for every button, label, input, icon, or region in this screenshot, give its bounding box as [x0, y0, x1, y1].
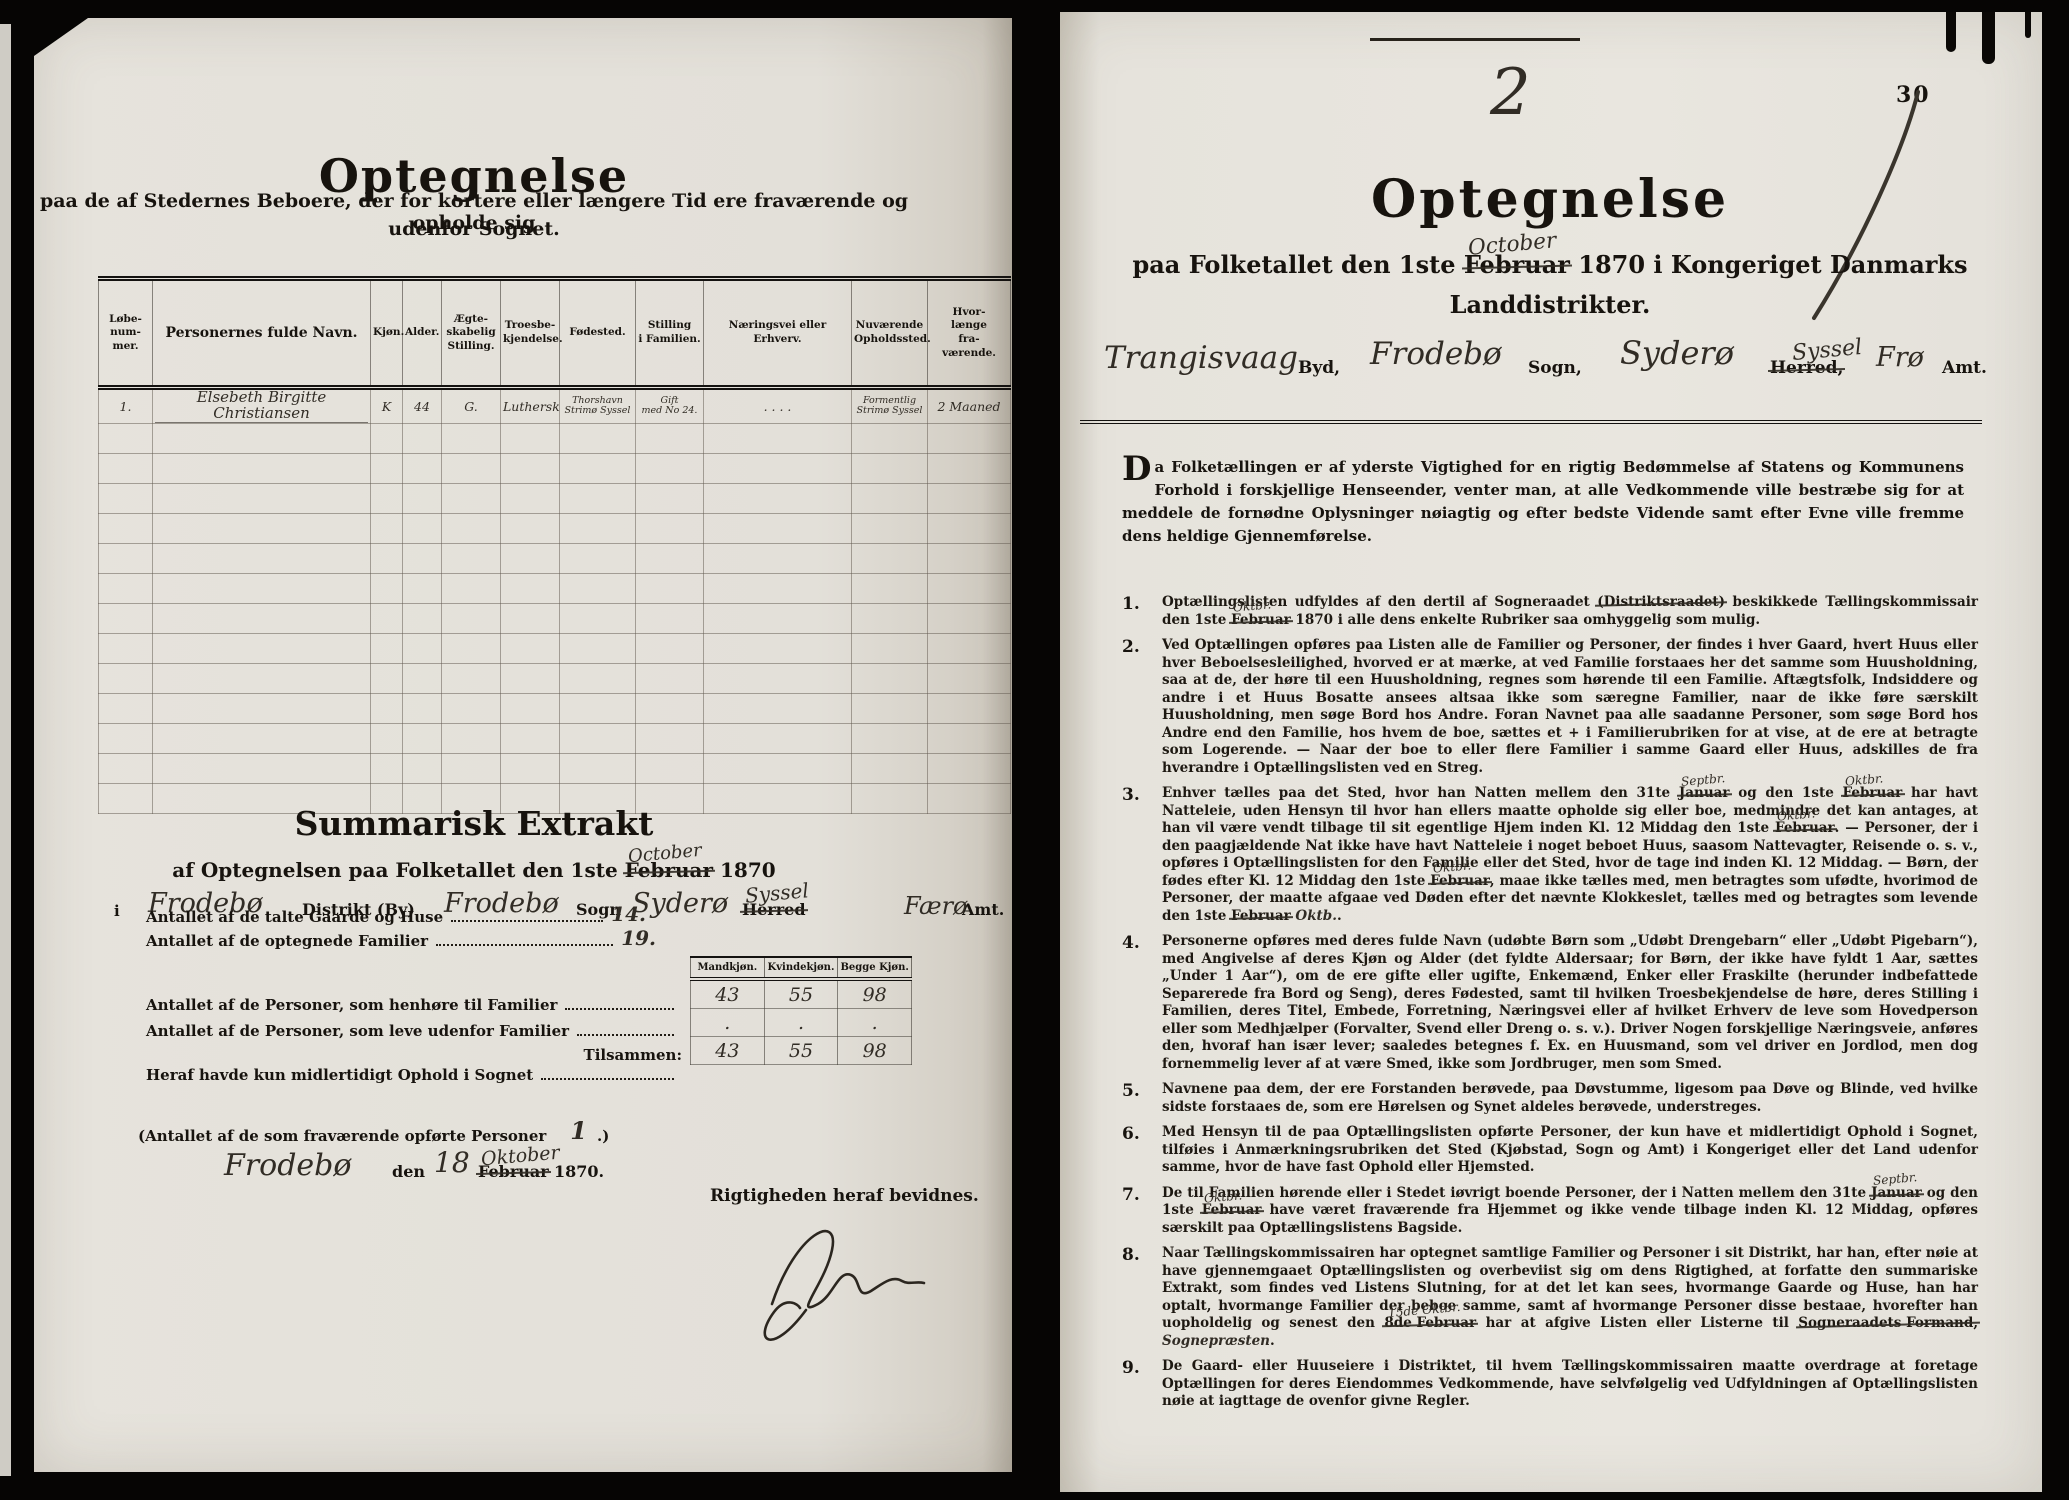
handwritten-correction: Oktbr. — [1777, 805, 1817, 826]
entry-row: 1.Elsebeth Birgitte ChristiansenK44G.Lut… — [99, 388, 1011, 424]
empty-cell — [371, 543, 403, 573]
empty-cell — [153, 693, 371, 723]
empty-cell — [852, 513, 928, 543]
entry-cell: 1. — [99, 388, 153, 424]
empty-cell — [704, 603, 852, 633]
empty-cell — [99, 753, 153, 783]
empty-cell — [852, 543, 928, 573]
instruction-number: 8. — [1122, 1245, 1162, 1350]
empty-cell — [852, 573, 928, 603]
empty-cell — [99, 633, 153, 663]
empty-cell — [403, 663, 442, 693]
corrected-text: FebruarOctober — [1464, 250, 1570, 279]
empty-cell — [501, 663, 560, 693]
empty-cell — [928, 723, 1011, 753]
sum-cell: 43 — [691, 1037, 765, 1065]
empty-cell — [928, 543, 1011, 573]
empty-cell — [928, 513, 1011, 543]
handwritten-correction: Oktb. — [1291, 908, 1337, 924]
column-header: Løbe- num- mer. — [99, 279, 153, 388]
empty-cell — [153, 633, 371, 663]
empty-cell — [442, 723, 501, 753]
empty-cell — [371, 723, 403, 753]
empty-cell — [371, 573, 403, 603]
bygd-label: Byd, — [1298, 358, 1340, 378]
summary-grid: Mandkjøn. Kvindekjøn. Begge Kjøn. 43 55 … — [690, 956, 912, 1065]
gaarde-value: 14. — [611, 902, 646, 926]
ink-drip — [1946, 12, 1956, 52]
empty-cell — [99, 573, 153, 603]
empty-cell — [704, 483, 852, 513]
instruction-text: De til Familien hørende eller i Stedet i… — [1162, 1185, 1978, 1238]
struck-text: Sogneraadets Formand, — [1798, 1315, 1978, 1333]
attestation-text: Rigtigheden heraf bevidnes. — [710, 1186, 979, 1206]
empty-cell — [704, 663, 852, 693]
empty-cell — [99, 723, 153, 753]
dot-leader — [565, 1007, 674, 1010]
empty-cell — [153, 603, 371, 633]
bygd-handwritten: Trangisvaag — [1104, 340, 1298, 376]
empty-row — [99, 603, 1011, 633]
intro-paragraph: Da Folketællingen er af yderste Vigtighe… — [1122, 456, 1964, 548]
empty-cell — [704, 723, 852, 753]
empty-cell — [99, 603, 153, 633]
dot-leader — [541, 1077, 674, 1080]
empty-cell — [560, 633, 636, 663]
sum-cell: 55 — [764, 1037, 838, 1065]
empty-cell — [560, 603, 636, 633]
instruction-text: Naar Tællingskommissairen har optegnet s… — [1162, 1245, 1978, 1350]
instruction-text: De Gaard- eller Huuseiere i Distriktet, … — [1162, 1358, 1978, 1411]
empty-cell — [852, 663, 928, 693]
empty-cell — [403, 423, 442, 453]
empty-cell — [560, 723, 636, 753]
sum-cell: . — [838, 1009, 912, 1037]
handwritten-correction: Oktbr. — [1203, 1187, 1243, 1208]
empty-cell — [442, 423, 501, 453]
empty-cell — [636, 753, 704, 783]
empty-cell — [560, 513, 636, 543]
empty-cell — [501, 543, 560, 573]
empty-row — [99, 453, 1011, 483]
empty-cell — [704, 573, 852, 603]
empty-cell — [852, 423, 928, 453]
amt-label: Amt. — [1942, 358, 1987, 378]
empty-row — [99, 483, 1011, 513]
empty-cell — [99, 423, 153, 453]
extract-subtitle: af Optegnelsen paa Folketallet den 1ste … — [34, 858, 914, 882]
corrected-text: FebruarOctober — [625, 858, 713, 882]
familier-line: Antallet af de optegnede Familier 19. — [146, 926, 656, 950]
empty-cell — [560, 543, 636, 573]
empty-cell — [636, 513, 704, 543]
handwritten-page-number: 2 — [1490, 56, 1531, 130]
empty-cell — [442, 693, 501, 723]
empty-cell — [704, 693, 852, 723]
empty-cell — [371, 603, 403, 633]
empty-cell — [636, 723, 704, 753]
sum-row-families: 43 55 98 — [691, 979, 912, 1009]
absence-table-body: 1.Elsebeth Birgitte ChristiansenK44G.Lut… — [99, 388, 1011, 814]
column-header: Fødested. — [560, 279, 636, 388]
empty-cell — [371, 483, 403, 513]
entry-cell: K — [371, 388, 403, 424]
empty-cell — [442, 663, 501, 693]
empty-cell — [636, 573, 704, 603]
entry-cell: Luthersk — [501, 388, 560, 424]
row-total-label: Tilsammen: — [568, 1046, 682, 1064]
amt-handwritten: Frø — [1876, 342, 1924, 373]
instructions-list: 1.Optællingslisten udfyldes af den derti… — [1122, 594, 1978, 1419]
empty-cell — [442, 753, 501, 783]
empty-cell — [153, 543, 371, 573]
empty-cell — [153, 513, 371, 543]
sogn-label: Sogn, — [1528, 358, 1582, 378]
empty-cell — [371, 453, 403, 483]
absence-table: Løbe- num- mer.Personernes fulde Navn.Kj… — [98, 276, 1011, 814]
sogn-handwritten: Frodebø — [1370, 336, 1502, 372]
corrected-text: FebruarOktbr. — [1231, 612, 1291, 630]
empty-cell — [560, 663, 636, 693]
sum-row-outside: . . . — [691, 1009, 912, 1037]
divider-rule — [1080, 420, 1982, 424]
empty-cell — [636, 453, 704, 483]
empty-row — [99, 693, 1011, 723]
scanned-census-document: Optegnelse paa de af Stedernes Beboere, … — [0, 0, 2069, 1500]
empty-cell — [928, 423, 1011, 453]
empty-cell — [501, 453, 560, 483]
empty-cell — [852, 603, 928, 633]
entry-cell: . . . . — [704, 388, 852, 424]
empty-cell — [403, 633, 442, 663]
empty-cell — [442, 603, 501, 633]
empty-cell — [403, 573, 442, 603]
empty-cell — [928, 753, 1011, 783]
row-outside-label: Antallet af de Personer, som leve udenfo… — [146, 1022, 569, 1040]
empty-cell — [560, 693, 636, 723]
empty-cell — [560, 753, 636, 783]
empty-cell — [928, 603, 1011, 633]
empty-cell — [153, 573, 371, 603]
column-header: Stilling i Familien. — [636, 279, 704, 388]
empty-cell — [704, 543, 852, 573]
empty-cell — [153, 453, 371, 483]
handwritten-correction: Syssel — [1791, 335, 1863, 366]
left-subtitle-line2: udenfor Sognet. — [34, 218, 914, 240]
empty-cell — [928, 453, 1011, 483]
empty-cell — [560, 453, 636, 483]
empty-cell — [852, 723, 928, 753]
struck-text: Februar — [1231, 908, 1291, 926]
empty-cell — [928, 693, 1011, 723]
entry-cell: 44 — [403, 388, 442, 424]
empty-row — [99, 723, 1011, 753]
sum-cell: . — [764, 1009, 838, 1037]
corrected-text: FebruarOktbr. — [1430, 873, 1490, 891]
empty-cell — [852, 633, 928, 663]
empty-cell — [442, 573, 501, 603]
empty-cell — [501, 723, 560, 753]
empty-cell — [442, 633, 501, 663]
empty-row — [99, 633, 1011, 663]
instruction-item: 2.Ved Optællingen opføres paa Listen all… — [1122, 637, 1978, 777]
empty-cell — [928, 633, 1011, 663]
empty-cell — [371, 423, 403, 453]
empty-cell — [928, 783, 1011, 813]
entry-cell: Gift med No 24. — [636, 388, 704, 424]
instruction-number: 6. — [1122, 1124, 1162, 1177]
familier-label: Antallet af de optegnede Familier — [146, 932, 428, 950]
instruction-item: 7.De til Familien hørende eller i Stedet… — [1122, 1185, 1978, 1238]
empty-cell — [852, 453, 928, 483]
absence-table-header-row: Løbe- num- mer.Personernes fulde Navn.Kj… — [99, 279, 1011, 388]
empty-cell — [636, 483, 704, 513]
dot-leader — [436, 943, 613, 946]
sum-cell: . — [691, 1009, 765, 1037]
empty-cell — [704, 453, 852, 483]
empty-cell — [403, 483, 442, 513]
signature — [734, 1204, 964, 1344]
entry-cell: Formentlig Strimø Syssel — [852, 388, 928, 424]
instruction-text: Navnene paa dem, der ere Forstanden berø… — [1162, 1081, 1978, 1116]
empty-cell — [501, 633, 560, 663]
herred-label-corrected: Herred, Syssel — [1770, 358, 1843, 378]
instruction-item: 1.Optællingslisten udfyldes af den derti… — [1122, 594, 1978, 629]
empty-row — [99, 543, 1011, 573]
instruction-text: Personerne opføres med deres fulde Navn … — [1162, 933, 1978, 1073]
empty-cell — [501, 423, 560, 453]
gaarde-label: Antallet af de talte Gaarde og Huse — [146, 908, 443, 926]
corrected-text: JanuarSeptbr. — [1871, 1185, 1922, 1203]
right-page-title: Optegnelse — [1120, 169, 1980, 230]
empty-cell — [852, 483, 928, 513]
instruction-item: 3.Enhver tælles paa det Sted, hvor han N… — [1122, 785, 1978, 925]
sum-header-mand: Mandkjøn. — [691, 957, 765, 979]
empty-row — [99, 423, 1011, 453]
instruction-item: 5.Navnene paa dem, der ere Forstanden be… — [1122, 1081, 1978, 1116]
instruction-text: Optællingslisten udfyldes af den dertil … — [1162, 594, 1978, 629]
empty-cell — [852, 753, 928, 783]
instruction-item: 8.Naar Tællingskommissairen har optegnet… — [1122, 1245, 1978, 1350]
empty-cell — [99, 483, 153, 513]
sum-cell: 43 — [691, 979, 765, 1009]
empty-cell — [704, 753, 852, 783]
herred-handwritten: Syderø — [1620, 334, 1734, 372]
right-subtitle-line2: Landdistrikter. — [1120, 290, 1980, 319]
empty-cell — [403, 603, 442, 633]
column-header: Hvor- længe fra- værende. — [928, 279, 1011, 388]
empty-cell — [99, 693, 153, 723]
empty-cell — [501, 483, 560, 513]
empty-cell — [636, 423, 704, 453]
empty-cell — [403, 543, 442, 573]
instruction-number: 3. — [1122, 785, 1162, 925]
empty-cell — [153, 663, 371, 693]
dot-leader — [577, 1033, 674, 1036]
heraf-line: Heraf havde kun midlertidigt Ophold i So… — [146, 1066, 682, 1084]
empty-row — [99, 513, 1011, 543]
empty-cell — [442, 483, 501, 513]
gaarde-line: Antallet af de talte Gaarde og Huse 14. — [146, 902, 646, 926]
entry-cell: Thorshavn Strimø Syssel — [560, 388, 636, 424]
empty-cell — [560, 573, 636, 603]
date-year: 1870. — [554, 1162, 604, 1181]
sum-cell: 55 — [764, 979, 838, 1009]
empty-cell — [501, 603, 560, 633]
instruction-text: Enhver tælles paa det Sted, hvor han Nat… — [1162, 785, 1978, 925]
column-header: Kjøn. — [371, 279, 403, 388]
empty-row — [99, 753, 1011, 783]
empty-cell — [442, 453, 501, 483]
empty-cell — [704, 513, 852, 543]
column-header: Ægte- skabelig Stilling. — [442, 279, 501, 388]
empty-cell — [636, 633, 704, 663]
district-prep: i — [114, 902, 120, 920]
corrected-text: JanuarSeptbr. — [1679, 785, 1730, 803]
instruction-item: 9.De Gaard- eller Huuseiere i Distriktet… — [1122, 1358, 1978, 1411]
bottom-rule — [1370, 38, 1580, 41]
empty-cell — [928, 573, 1011, 603]
empty-cell — [403, 753, 442, 783]
empty-cell — [501, 513, 560, 543]
empty-cell — [501, 693, 560, 723]
empty-cell — [153, 723, 371, 753]
instruction-item: 6.Med Hensyn til de paa Optællingslisten… — [1122, 1124, 1978, 1177]
column-header: Personernes fulde Navn. — [153, 279, 371, 388]
sum-cell: 98 — [838, 979, 912, 1009]
empty-cell — [442, 513, 501, 543]
amt-label: Amt. — [962, 900, 1004, 919]
date-day-handwritten: 18 — [434, 1146, 470, 1179]
empty-cell — [403, 723, 442, 753]
herred-label-corrected: Herred Syssel — [742, 900, 806, 919]
ink-drip — [2025, 12, 2031, 38]
empty-cell — [371, 663, 403, 693]
empty-cell — [99, 543, 153, 573]
instruction-number: 1. — [1122, 594, 1162, 629]
handwritten-correction: Syssel — [744, 878, 810, 907]
empty-cell — [636, 693, 704, 723]
date-den: den — [392, 1162, 425, 1181]
instruction-number: 9. — [1122, 1358, 1162, 1411]
empty-cell — [403, 693, 442, 723]
left-page: Optegnelse paa de af Stedernes Beboere, … — [34, 18, 1012, 1472]
corrected-text: 8de Februar15de Oktbr. — [1384, 1315, 1476, 1333]
empty-cell — [99, 453, 153, 483]
empty-cell — [636, 663, 704, 693]
empty-cell — [560, 483, 636, 513]
date-month-corrected: Februar Oktober — [478, 1162, 549, 1181]
instruction-item: 4.Personerne opføres med deres fulde Nav… — [1122, 933, 1978, 1073]
empty-cell — [403, 453, 442, 483]
sum-header-begge: Begge Kjøn. — [838, 957, 912, 979]
instruction-number: 7. — [1122, 1185, 1162, 1238]
empty-cell — [371, 513, 403, 543]
entry-cell: Elsebeth Birgitte Christiansen — [153, 388, 371, 424]
extract-title: Summarisk Extrakt — [34, 804, 914, 843]
empty-cell — [371, 633, 403, 663]
empty-cell — [403, 513, 442, 543]
empty-cell — [153, 483, 371, 513]
instruction-number: 4. — [1122, 933, 1162, 1073]
column-header: Troesbe- kjendelse. — [501, 279, 560, 388]
familier-value: 19. — [621, 926, 656, 950]
instruction-text: Ved Optællingen opføres paa Listen alle … — [1162, 637, 1978, 777]
entry-cell: G. — [442, 388, 501, 424]
scan-edge-strip — [0, 24, 11, 1476]
instruction-number: 5. — [1122, 1081, 1162, 1116]
heraf-label: Heraf havde kun midlertidigt Ophold i So… — [146, 1066, 533, 1084]
dot-leader — [451, 919, 603, 922]
column-header: Næringsvei eller Erhverv. — [704, 279, 852, 388]
empty-cell — [153, 423, 371, 453]
empty-cell — [153, 753, 371, 783]
instruction-text: Med Hensyn til de paa Optællingslisten o… — [1162, 1124, 1978, 1177]
date-line: Frodebø den 18 Februar Oktober 1870. — [224, 1140, 784, 1200]
row-families-label: Antallet af de Personer, som henhøre til… — [146, 996, 557, 1014]
corrected-text: FebruarOktbr. — [1843, 785, 1903, 803]
empty-cell — [371, 753, 403, 783]
right-district-line: Trangisvaag Byd, Frodebø Sogn, Syderø He… — [1080, 328, 2000, 408]
empty-cell — [560, 423, 636, 453]
instruction-number: 2. — [1122, 637, 1162, 777]
row-families-label-line: Antallet af de Personer, som henhøre til… — [146, 996, 682, 1014]
struck-text: (Distriktsraadet) — [1597, 594, 1725, 612]
empty-cell — [371, 693, 403, 723]
empty-cell — [928, 483, 1011, 513]
handwritten-correction: Septbr. — [1680, 770, 1726, 791]
ink-drip — [1982, 12, 1995, 64]
sum-header-kvinde: Kvindekjøn. — [764, 957, 838, 979]
empty-row — [99, 663, 1011, 693]
column-header: Alder. — [403, 279, 442, 388]
sum-row-total: 43 55 98 — [691, 1037, 912, 1065]
corrected-text: FebruarOktbr. — [1202, 1202, 1262, 1220]
right-subtitle-line1: paa Folketallet den 1ste FebruarOctober … — [1120, 250, 1980, 279]
empty-cell — [704, 633, 852, 663]
empty-cell — [636, 603, 704, 633]
empty-cell — [852, 693, 928, 723]
empty-cell — [928, 663, 1011, 693]
entry-cell: 2 Maaned — [928, 388, 1011, 424]
handwritten-correction: Oktbr. — [1844, 770, 1884, 791]
right-page: 2 30 Optegnelse paa Folketallet den 1ste… — [1060, 12, 2042, 1492]
empty-cell — [636, 543, 704, 573]
row-outside-label-line: Antallet af de Personer, som leve udenfo… — [146, 1022, 682, 1040]
empty-cell — [99, 663, 153, 693]
amt-handwritten: Færø — [904, 892, 968, 920]
empty-cell — [501, 753, 560, 783]
date-place-handwritten: Frodebø — [224, 1148, 351, 1183]
empty-cell — [704, 423, 852, 453]
empty-cell — [442, 543, 501, 573]
sum-cell: 98 — [838, 1037, 912, 1065]
empty-cell — [501, 573, 560, 603]
empty-cell — [99, 513, 153, 543]
herred-handwritten: Syderø — [632, 888, 728, 919]
corrected-text: FebruarOktbr. — [1775, 820, 1835, 838]
column-header: Nuværende Opholdssted. — [852, 279, 928, 388]
handwritten-correction: Sognepræsten — [1162, 1333, 1270, 1349]
empty-row — [99, 573, 1011, 603]
